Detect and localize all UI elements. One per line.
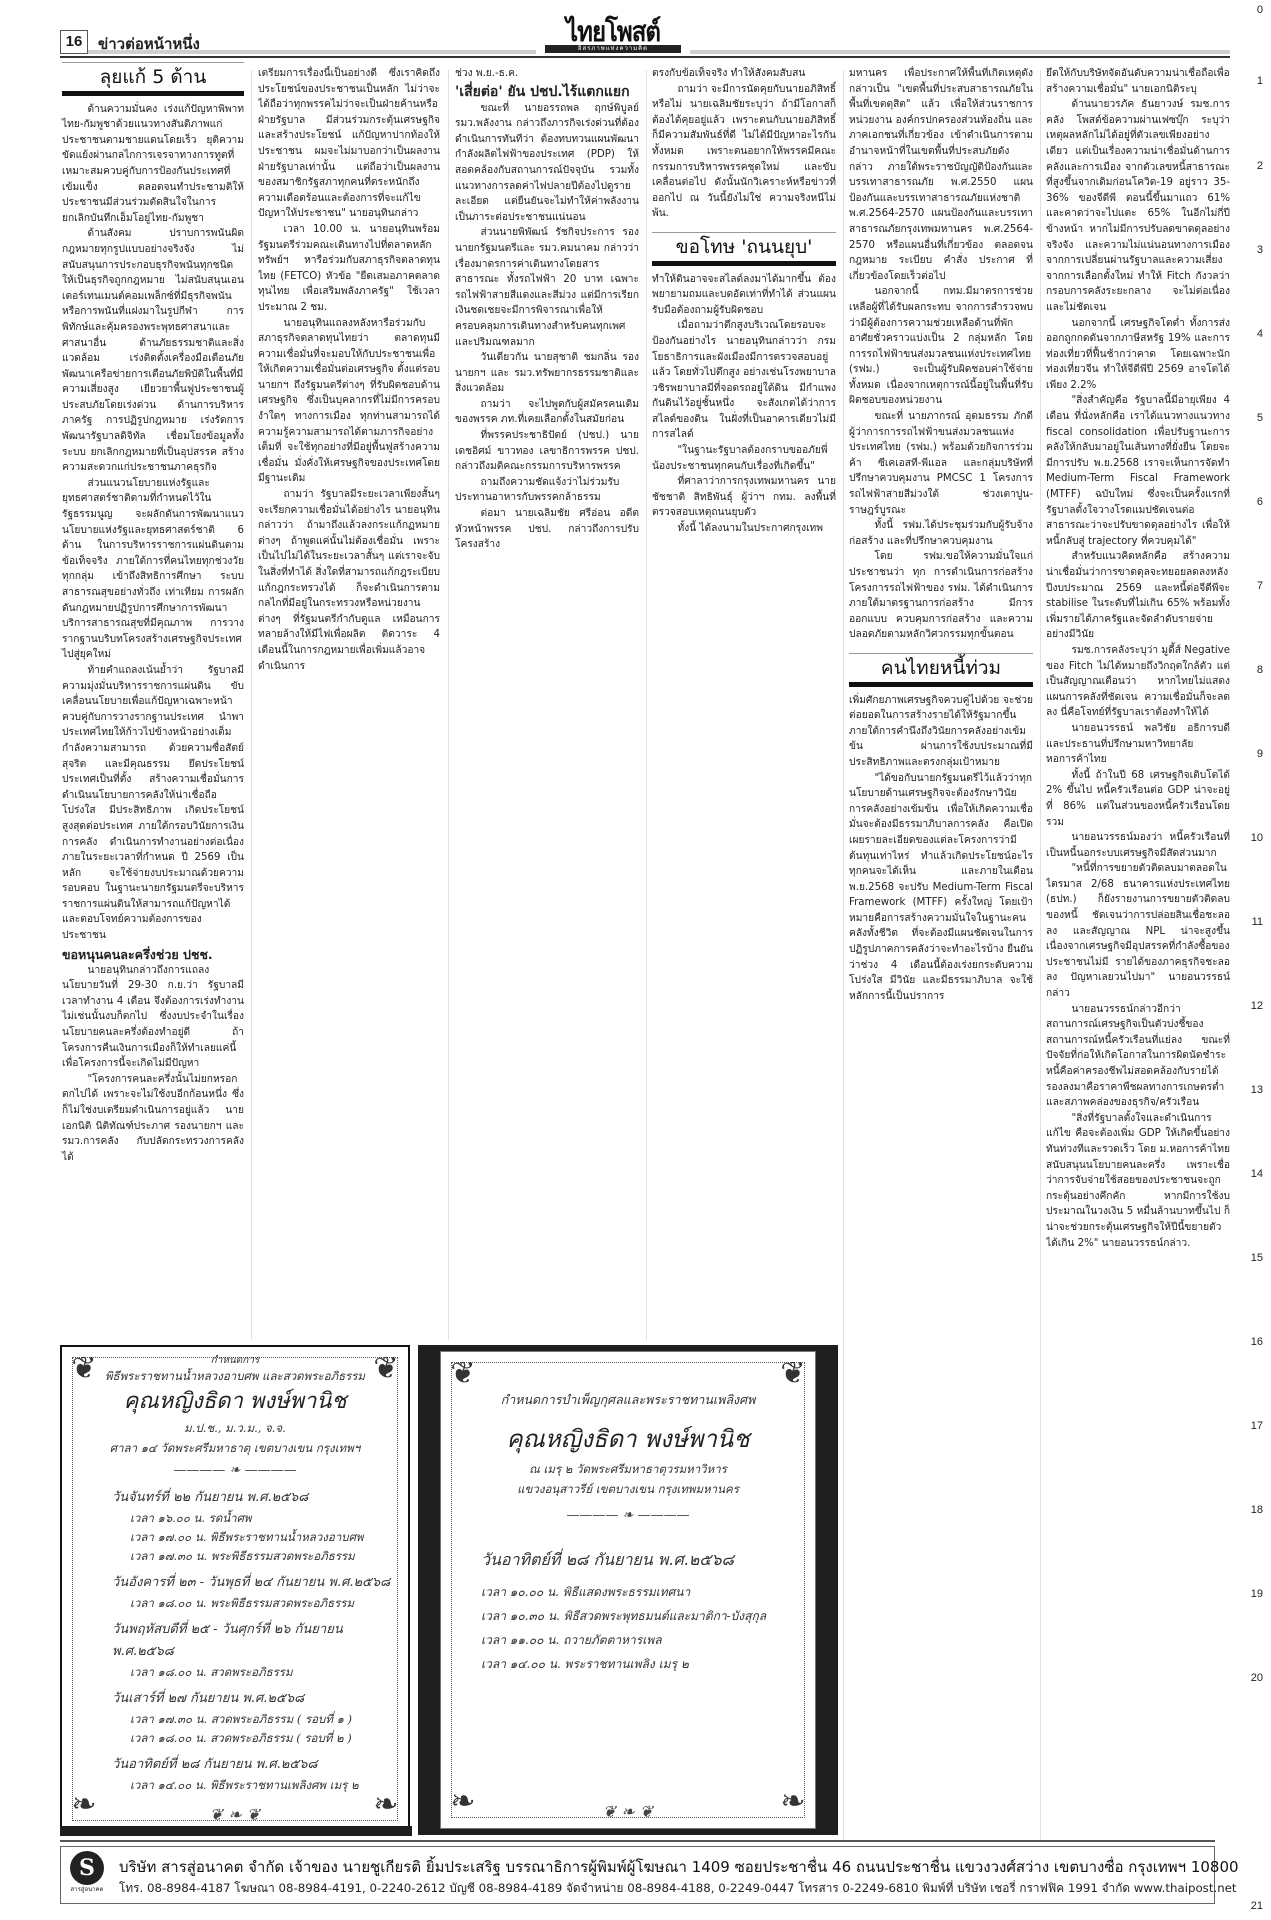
paragraph: นายอนุทินแถลงหลังหารือร่วมกับสภาธุรกิจตล… (258, 316, 440, 488)
marker: 20 (1251, 1672, 1263, 1684)
paragraph: นอกจากนี้ กทม.มีมาตรการช่วยเหลือผู้ที่ได… (849, 284, 1033, 409)
masthead-rule (60, 56, 1230, 58)
paragraph: ยึดให้กับบริษัทจัดอันดับความน่าเชื่อถือเ… (1046, 66, 1230, 97)
column-divider (646, 70, 647, 1340)
schedule-time: เวลา ๑๐.๓๐ น. พิธีสวดพระพุทธมนต์และมาติก… (481, 1604, 811, 1628)
paragraph: ถามถึงความชัดแจ้งว่าไม่ร่วมรับประทานอาหา… (455, 475, 639, 506)
paragraph: มหานคร เพื่อประกาศให้พื้นที่เกิดเหตุดังก… (849, 66, 1033, 284)
paragraph: เมื่อถามว่าตึกสูงบริเวณโดยรอบจะป้องกันอย… (652, 318, 836, 443)
marker: 4 (1257, 328, 1263, 340)
headline-5-fronts: ลุยแก้ 5 ด้าน (62, 62, 244, 96)
article-column-6: ยึดให้กับบริษัทจัดอันดับความน่าเชื่อถือเ… (1046, 66, 1230, 1836)
schedule-time: เวลา ๑๔.๐๐ น. พระราชทานเพลิง เมรุ ๒ (481, 1652, 811, 1676)
obit-venue: ศาลา ๑๔ วัดพระศรีมหาธาตุ เขตบางเขน กรุงเ… (62, 1439, 408, 1458)
paragraph: "โครงการคนละครึ่งนั้นไม่ยกหรอก ตกไปได้ เ… (62, 1072, 244, 1166)
publisher-logo-caption: สารสู่อนาคต (67, 1885, 107, 1895)
article-column-5: มหานคร เพื่อประกาศให้พื้นที่เกิดเหตุดังก… (849, 66, 1033, 1836)
deceased-name: คุณหญิงธิดา พงษ์พานิช (441, 1424, 815, 1454)
publisher-logo-icon: S (70, 1851, 104, 1885)
subheadline: 'เสี่ยต่อ' ยัน ปชป.ไร้แตกแยก (455, 84, 639, 101)
paragraph: ด้านสังคม ปราบการพนันผิดกฎหมายทุกรูปแบบอ… (62, 226, 244, 476)
marker: 15 (1251, 1252, 1263, 1264)
publisher-footer: S สารสู่อนาคต บริษัท สารสู่อนาคต จำกัด เ… (60, 1846, 1215, 1904)
obit-heading: กำหนดการบำเพ็ญกุศลและพระราชทานเพลิงศพ (441, 1390, 815, 1409)
publisher-contact: โทร. 08-8984-4187 โฆษณา 08-8984-4191, 0-… (119, 1879, 1237, 1898)
logo-text: ไทยโพสต์ (566, 18, 660, 46)
schedule-time: เวลา ๑๘.๐๐ น. สวดพระอภิธรรม (112, 1663, 392, 1682)
schedule-time: เวลา ๑๘.๐๐ น. พระพิธีธรรมสวดพระอภิธรรม (112, 1594, 392, 1613)
paragraph: ที่พรรคประชาธิปัตย์ (ปชป.) นายเดชอิศม์ ข… (455, 428, 639, 475)
paragraph: สำหรับแนวคิดหลักคือ สร้างความน่าเชื่อมั่… (1046, 549, 1230, 643)
paragraph: เวลา 10.00 น. นายอนุทินพร้อมรัฐมนตรีร่วม… (258, 222, 440, 316)
paragraph: รมช.การคลังระบุว่า มูดี้ส์ Negative ของ … (1046, 643, 1230, 721)
marker: 3 (1257, 244, 1263, 256)
schedule-date: วันอาทิตย์ที่ ๒๘ กันยายน พ.ศ.๒๕๖๘ (112, 1754, 392, 1776)
paragraph: ถามว่า จะไปพูดกับผู้สมัครคนเดิมของพรรค ภ… (455, 397, 639, 428)
article-column-2: เตรียมการเรื่องนี้เป็นอย่างดี ซึ่งเราคิด… (258, 66, 440, 1342)
marker: 17 (1251, 1420, 1263, 1432)
paragraph: วันเดียวกัน นายสุชาติ ชมกลิ่น รองนายกฯ แ… (455, 350, 639, 397)
paragraph: ถามว่า รัฐบาลมีระยะเวลาเพียงสั้นๆ จะเรีย… (258, 487, 440, 674)
marker: 16 (1251, 1336, 1263, 1348)
paragraph: ส่วนนายพิพัฒน์ รัชกิจประการ รองนายกรัฐมน… (455, 225, 639, 350)
ornament-divider-icon: ———— ❧ ———— (441, 1506, 815, 1526)
paragraph: นายอนวรรธน์กล่าวอีกว่า สถานการณ์เศรษฐกิจ… (1046, 1002, 1230, 1111)
schedule-time: เวลา ๑๘.๐๐ น. สวดพระอภิธรรม ( รอบที่ ๒ ) (112, 1729, 392, 1748)
ornament-divider-icon: ———— ❧ ———— (62, 1461, 408, 1481)
marker: 1 (1257, 75, 1263, 87)
schedule-time: เวลา ๑๖.๐๐ น. รดน้ำศพ (112, 1509, 392, 1528)
article-column-3: ช่วง พ.ย.-ธ.ค. 'เสี่ยต่อ' ยัน ปชป.ไร้แตก… (455, 66, 639, 1342)
ceremony-date: วันอาทิตย์ที่ ๒๘ กันยายน พ.ศ.๒๕๖๘ (481, 1548, 815, 1573)
marker: 2 (1257, 160, 1263, 172)
column-divider (1040, 70, 1041, 1840)
floral-corner-icon: ❦ (443, 1354, 483, 1394)
paragraph: "สิ่งสำคัญคือ รัฐบาลนี้มีอายุเพียง 4 เดื… (1046, 393, 1230, 549)
paragraph: "หนี้ที่การขยายตัวติดลบมาตลอดในไตรมาส 2/… (1046, 861, 1230, 1001)
publisher-info: บริษัท สารสู่อนาคต จำกัด เจ้าของ นายชูเก… (119, 1855, 1239, 1879)
obituary-notice-right-frame: ❦ ❦ ❧ ❧ กำหนดการบำเพ็ญกุศลและพระราชทานเพ… (418, 1345, 838, 1835)
paragraph: "สิ่งที่รัฐบาลตั้งใจและดำเนินการแก้ไข คื… (1046, 1111, 1230, 1251)
marker: 9 (1257, 748, 1263, 760)
ornament-footer-icon: ❦ ❧ ❦ (62, 1805, 408, 1825)
marker: 10 (1251, 832, 1263, 844)
paragraph: ส่วนแนวนโยบายแห่งรัฐและยุทธศาสตร์ชาติตาม… (62, 476, 244, 663)
deceased-name: คุณหญิงธิดา พงษ์พานิช (62, 1387, 408, 1417)
marker: 12 (1251, 1000, 1263, 1012)
paragraph: ท้ายคำแถลงเน้นย้ำว่า รัฐบาลมีความมุ่งมั่… (62, 663, 244, 944)
ornament-footer-icon: ❦ ❧ ❦ (441, 1802, 815, 1822)
paragraph: ช่วง พ.ย.-ธ.ค. (455, 66, 639, 82)
paragraph: นายอนวรรธน์มองว่า หนี้ครัวเรือนที่เป็นหน… (1046, 830, 1230, 861)
obit-venue: ณ เมรุ ๒ วัดพระศรีมหาธาตุวรมหาวิหาร (441, 1460, 815, 1479)
obit-heading: พิธีพระราชทานน้ำหลวงอาบศพ และสวดพระอภิธร… (62, 1367, 408, 1386)
marker: 11 (1252, 916, 1263, 928)
floral-corner-icon: ❦ (773, 1354, 813, 1394)
newspaper-logo: ไทยโพสต์ อิสรภาพแห่งความคิด (538, 20, 688, 54)
paragraph: ตรงกับข้อเท็จจริง ทำให้สังคมสับสน (652, 66, 836, 82)
paragraph: นอกจากนี้ เศรษฐกิจโตต่ำ ทั้งการส่งออกถูก… (1046, 316, 1230, 394)
schedule-time: เวลา ๑๔.๐๐ น. พิธีพระราชทานเพลิงศพ เมรุ … (112, 1776, 392, 1795)
paragraph: ที่ศาลาว่าการกรุงเทพมหานคร นายชัชชาติ สิ… (652, 474, 836, 521)
schedule-date: วันพฤหัสบดีที่ ๒๕ - วันศุกร์ที่ ๒๖ กันยา… (112, 1619, 392, 1663)
paragraph: เตรียมการเรื่องนี้เป็นอย่างดี ซึ่งเราคิด… (258, 66, 440, 222)
schedule-date: วันจันทร์ที่ ๒๒ กันยายน พ.ศ.๒๕๖๘ (112, 1487, 392, 1509)
paragraph: เพิ่มศักยภาพเศรษฐกิจควบคู่ไปด้วย จะช่วยต… (849, 693, 1033, 771)
paragraph: ทำให้ดินอาจจะสไลด์ลงมาได้มากขึ้น ต้องพยา… (652, 272, 836, 319)
schedule-date: วันเสาร์ที่ ๒๗ กันยายน พ.ศ.๒๕๖๘ (112, 1688, 392, 1710)
page-markers: 0 1 2 3 4 5 6 7 8 9 10 11 12 13 14 15 16… (1231, 0, 1271, 1920)
ceremony-schedule: เวลา ๑๐.๐๐ น. พิธีแสดงพระธรรมเทศนา เวลา … (481, 1580, 811, 1676)
schedule-time: เวลา ๑๗.๐๐ น. พิธีพระราชทานน้ำหลวงอาบศพ (112, 1528, 392, 1547)
article-column-4: ตรงกับข้อเท็จจริง ทำให้สังคมสับสน ถามว่า… (652, 66, 836, 1342)
schedule-time: เวลา ๑๗.๓๐ น. สวดพระอภิธรรม ( รอบที่ ๑ ) (112, 1710, 392, 1729)
marker: 14 (1251, 1168, 1263, 1180)
schedule-time: เวลา ๑๗.๓๐ น. พระพิธีธรรมสวดพระอภิธรรม (112, 1547, 392, 1566)
obit-venue: แขวงอนุสาวรีย์ เขตบางเขน กรุงเทพมหานคร (441, 1480, 815, 1499)
paragraph: "ได้ขอกับนายกรัฐมนตรีไว้แล้วว่าทุกนโยบาย… (849, 771, 1033, 1005)
paragraph: นายอนวรรธน์ พลวิชัย อธิการบดีและประธานที… (1046, 721, 1230, 768)
obit-bottom-bar (60, 1826, 412, 1836)
marker: 5 (1257, 412, 1263, 424)
masthead: 16 ข่าวต่อหน้าหนึ่ง ไทยโพสต์ อิสรภาพแห่ง… (60, 20, 1230, 56)
column-divider (843, 70, 844, 1840)
page-number: 16 (60, 30, 88, 54)
paragraph: นายอนุทินกล่าวถึงการแถลงนโยบายวันที่ 29-… (62, 963, 244, 1072)
marker: 13 (1251, 1084, 1263, 1096)
marker: 6 (1257, 496, 1263, 508)
royal-decorations: ม.ป.ช., ม.ว.ม., จ.จ. (62, 1419, 408, 1438)
column-divider (448, 70, 449, 1340)
marker: 7 (1257, 580, 1263, 592)
column-divider (251, 70, 252, 1340)
paragraph: โดย รฟม.ขอให้ความมั่นใจแก่ประชาชนว่า ทุก… (849, 549, 1033, 643)
masthead-bar (88, 50, 536, 54)
marker: 19 (1251, 1588, 1263, 1600)
marker: 8 (1257, 664, 1263, 676)
paragraph: ทั้งนี้ ถ้าในปี 68 เศรษฐกิจเติบโตได้ 2% … (1046, 768, 1230, 830)
paragraph: ต่อมา นายเฉลิมชัย ศรีอ่อน อดีตหัวหน้าพรร… (455, 506, 639, 553)
paragraph: ถามว่า จะมีการนัดคุยกับนายอภิสิทธิ์หรือไ… (652, 82, 836, 222)
schedule-time: เวลา ๑๑.๐๐ น. ถวายภัตตาหารเพล (481, 1628, 811, 1652)
paragraph: ทั้งนี้ ได้ลงนามในประกาศกรุงเทพ (652, 521, 836, 537)
marker: 0 (1257, 4, 1263, 16)
obituary-notice-left: ❦ ❦ ❧ ❧ กำหนดการ พิธีพระราชทานน้ำหลวงอาบ… (60, 1345, 410, 1833)
marker: 18 (1251, 1504, 1263, 1516)
paragraph: ขณะที่ นายอรรถพล ฤกษ์พิบูลย์ รมว.พลังงาน… (455, 101, 639, 226)
headline-apology-road: ขอโทษ 'ถนนยุบ' (652, 232, 836, 266)
publisher-logo: S สารสู่อนาคต (67, 1851, 107, 1899)
article-column-1: ลุยแก้ 5 ด้าน ด้านความมั่นคง เร่งแก้ปัญห… (62, 62, 244, 1165)
paragraph: ด้านความมั่นคง เร่งแก้ปัญหาพิพาทไทย-กัมพ… (62, 102, 244, 227)
paragraph: ด้านนายวรภัค ธันยาวงษ์ รมช.การคลัง โพสต์… (1046, 97, 1230, 315)
masthead-bar (690, 50, 1230, 54)
subheadline: ขอหนุนคนละครึ่งช่วย ปชช. (62, 946, 244, 963)
marker: 21 (1251, 1900, 1263, 1912)
obit-schedule: วันจันทร์ที่ ๒๒ กันยายน พ.ศ.๒๕๖๘ เวลา ๑๖… (112, 1487, 392, 1795)
paragraph: ขณะที่ นายภากรณ์ อุดมธรรม ภักดี ผู้ว่ากา… (849, 409, 1033, 518)
schedule-time: เวลา ๑๐.๐๐ น. พิธีแสดงพระธรรมเทศนา (481, 1580, 811, 1604)
headline-thai-debt: คนไทยหนี้ท่วม (849, 653, 1033, 687)
footer-rule (60, 1840, 1215, 1842)
schedule-date: วันอังคารที่ ๒๓ - วันพุธที่ ๒๔ กันยายน พ… (112, 1572, 392, 1594)
obituary-notice-right: ❦ ❦ ❧ ❧ กำหนดการบำเพ็ญกุศลและพระราชทานเพ… (440, 1351, 816, 1829)
paragraph: "ในฐานะรัฐบาลต้องกราบขออภัยพี่น้องประชาช… (652, 443, 836, 474)
paragraph: ทั้งนี้ รฟม.ได้ประชุมร่วมกับผู้รับจ้างก่… (849, 518, 1033, 549)
